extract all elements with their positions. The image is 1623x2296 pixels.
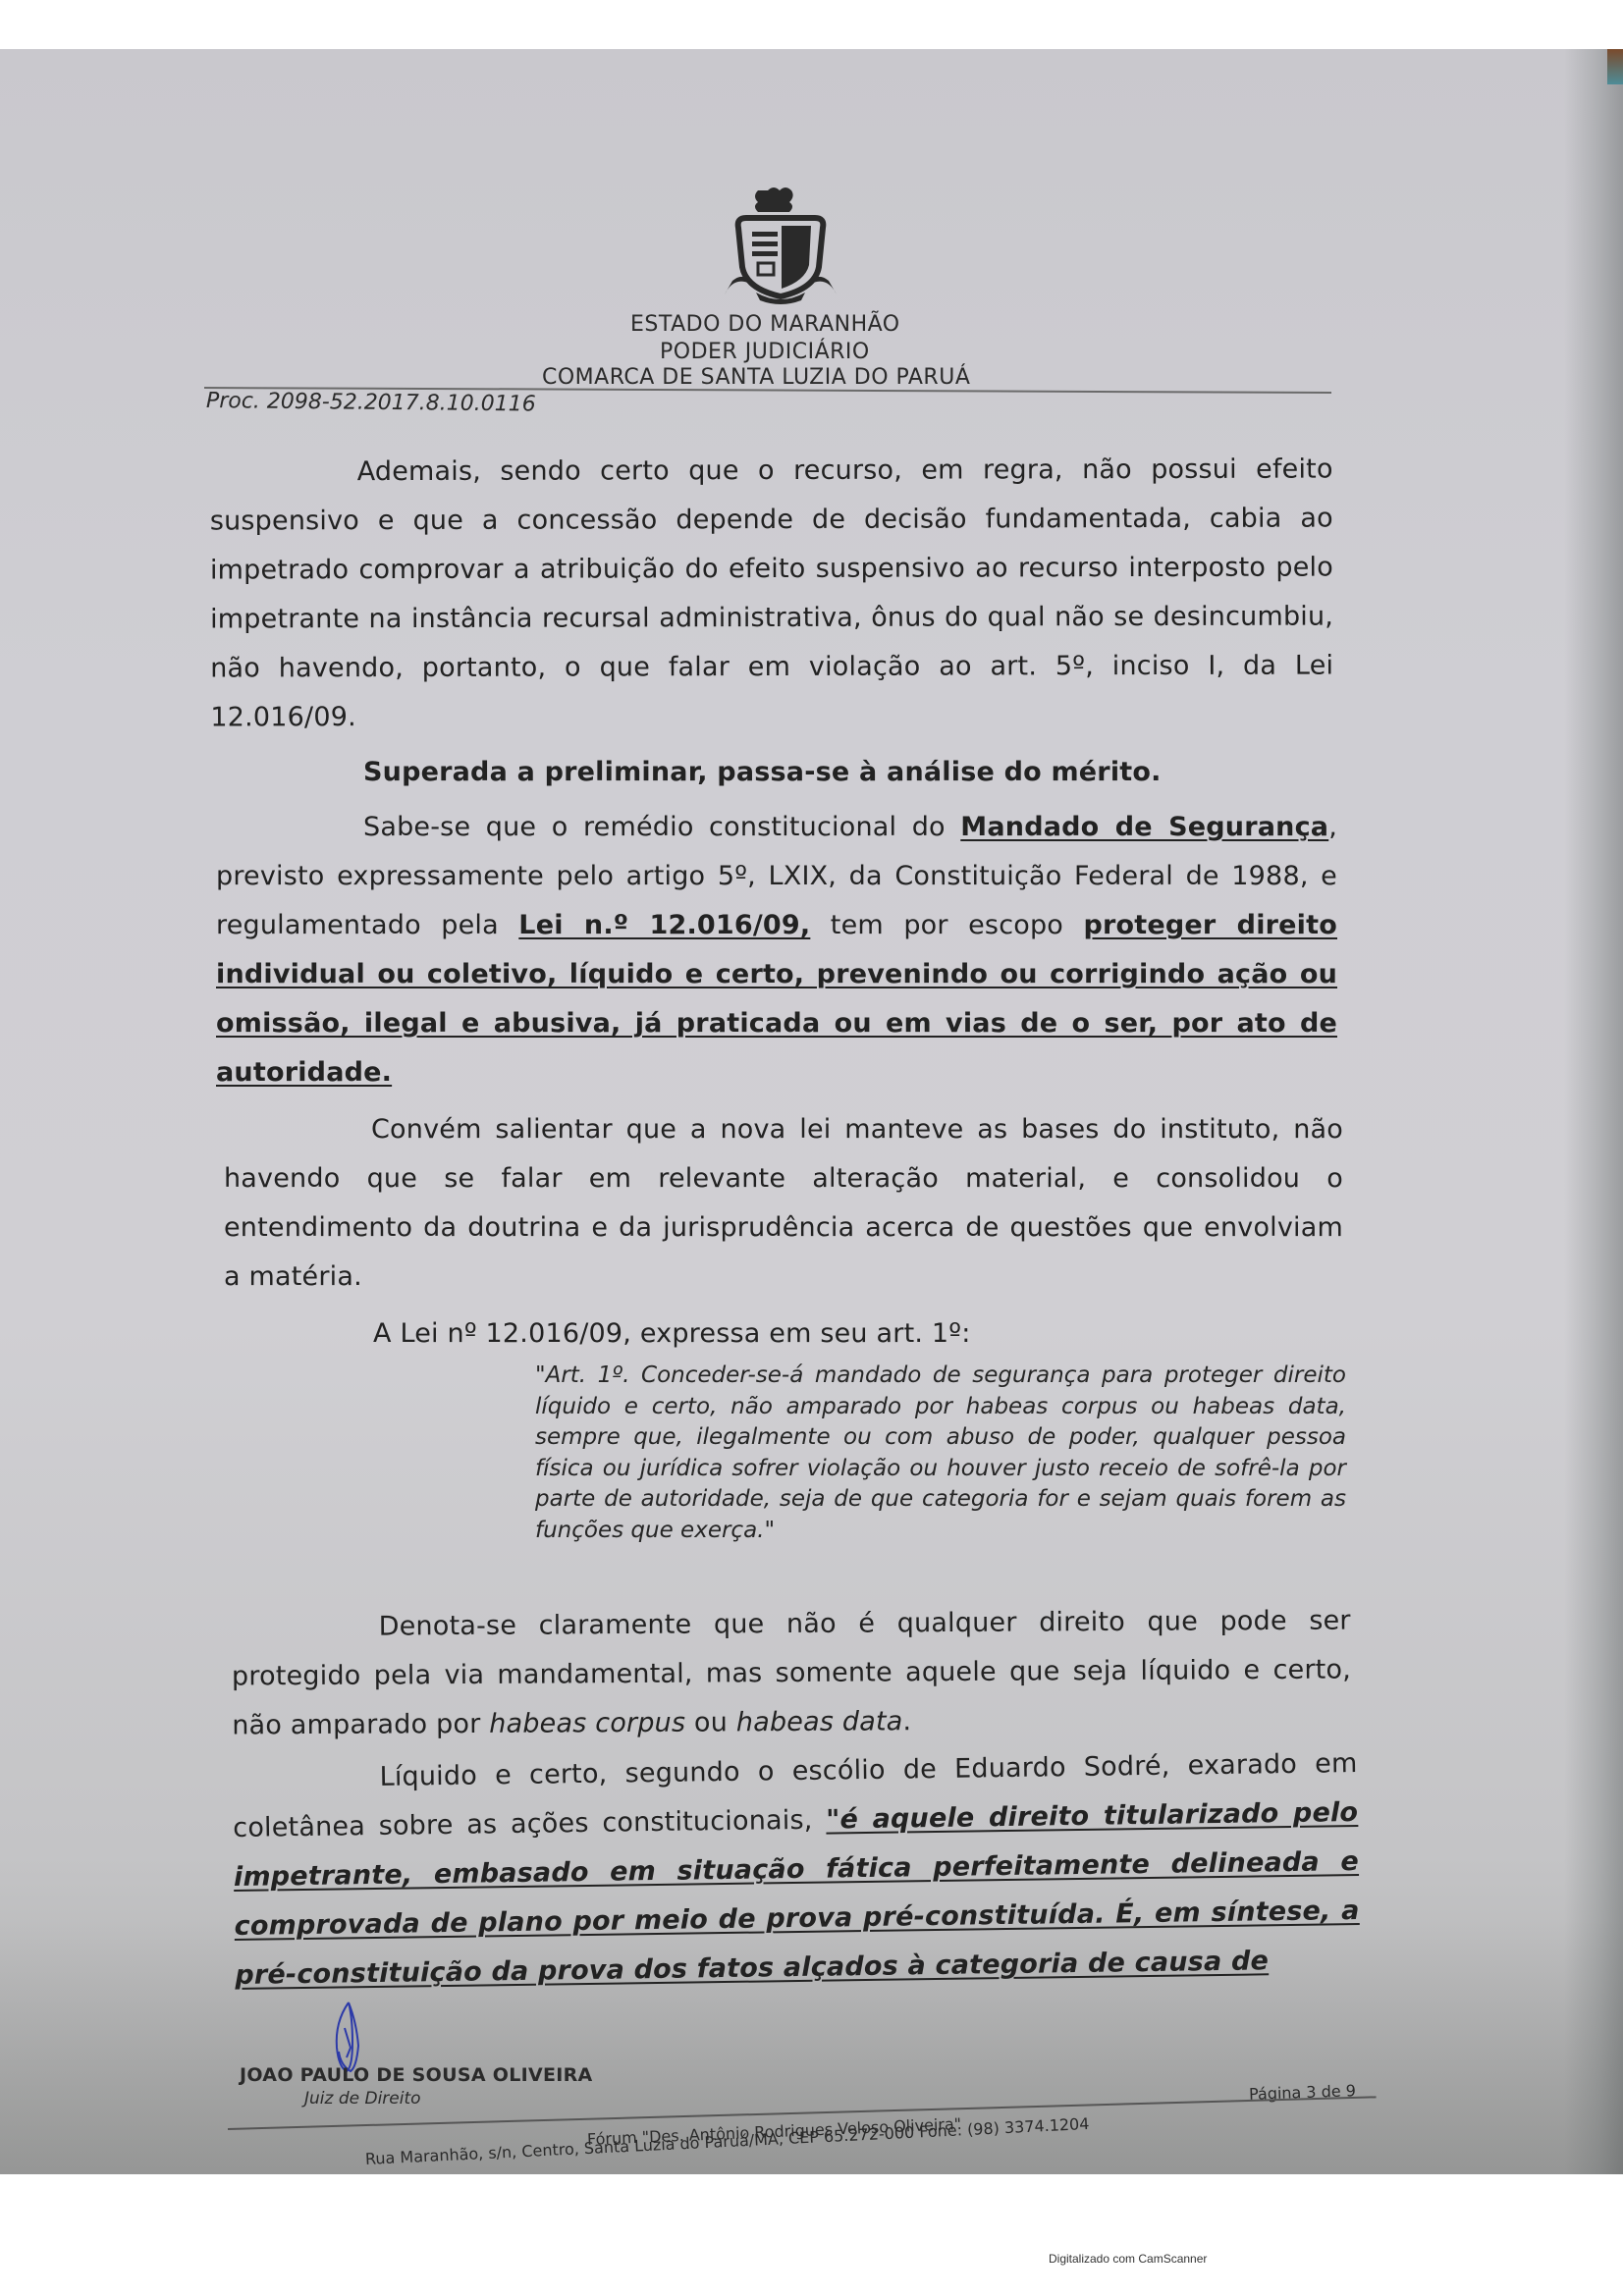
law-reference: Lei n.º 12.016/09, bbox=[518, 910, 810, 940]
paragraph-heading-merit: Superada a preliminar, passa-se à anális… bbox=[363, 748, 1335, 797]
law-quotation: "Art. 1º. Conceder-se-á mandado de segur… bbox=[535, 1361, 1346, 1546]
header-district: COMARCA DE SANTA LUZIA DO PARUÁ bbox=[542, 365, 970, 390]
header-judiciary: PODER JUDICIÁRIO bbox=[660, 340, 870, 364]
coat-of-arms-icon bbox=[717, 185, 844, 308]
paragraph-convem: Convém salientar que a nova lei manteve … bbox=[224, 1105, 1343, 1302]
scanner-watermark: Digitalizado com CamScanner bbox=[1049, 2252, 1207, 2266]
paragraph-lei-intro: A Lei nº 12.016/09, expressa em seu art.… bbox=[373, 1309, 1257, 1359]
paragraph-liquido: Líquido e certo, segundo o escólio de Ed… bbox=[232, 1739, 1360, 2001]
paragraph-text: Ademais, sendo certo que o recurso, em r… bbox=[210, 454, 1333, 733]
paragraph-denota: Denota-se claramente que não é qualquer … bbox=[232, 1597, 1352, 1751]
document-page: ESTADO DO MARANHÃO PODER JUDICIÁRIO COMA… bbox=[0, 0, 1623, 2296]
process-number: Proc. 2098-52.2017.8.10.0116 bbox=[206, 389, 536, 417]
judge-role: Juiz de Direito bbox=[304, 2089, 421, 2109]
paragraph-ademais: Ademais, sendo certo que o recurso, em r… bbox=[210, 446, 1334, 743]
header-state: ESTADO DO MARANHÃO bbox=[630, 312, 900, 337]
paragraph-mandado: Sabe-se que o remédio constitucional do … bbox=[216, 803, 1337, 1097]
term-mandado-de-seguranca: Mandado de Segurança bbox=[960, 812, 1328, 842]
judge-name: JOAO PAULO DE SOUSA OLIVEIRA bbox=[240, 2064, 593, 2086]
